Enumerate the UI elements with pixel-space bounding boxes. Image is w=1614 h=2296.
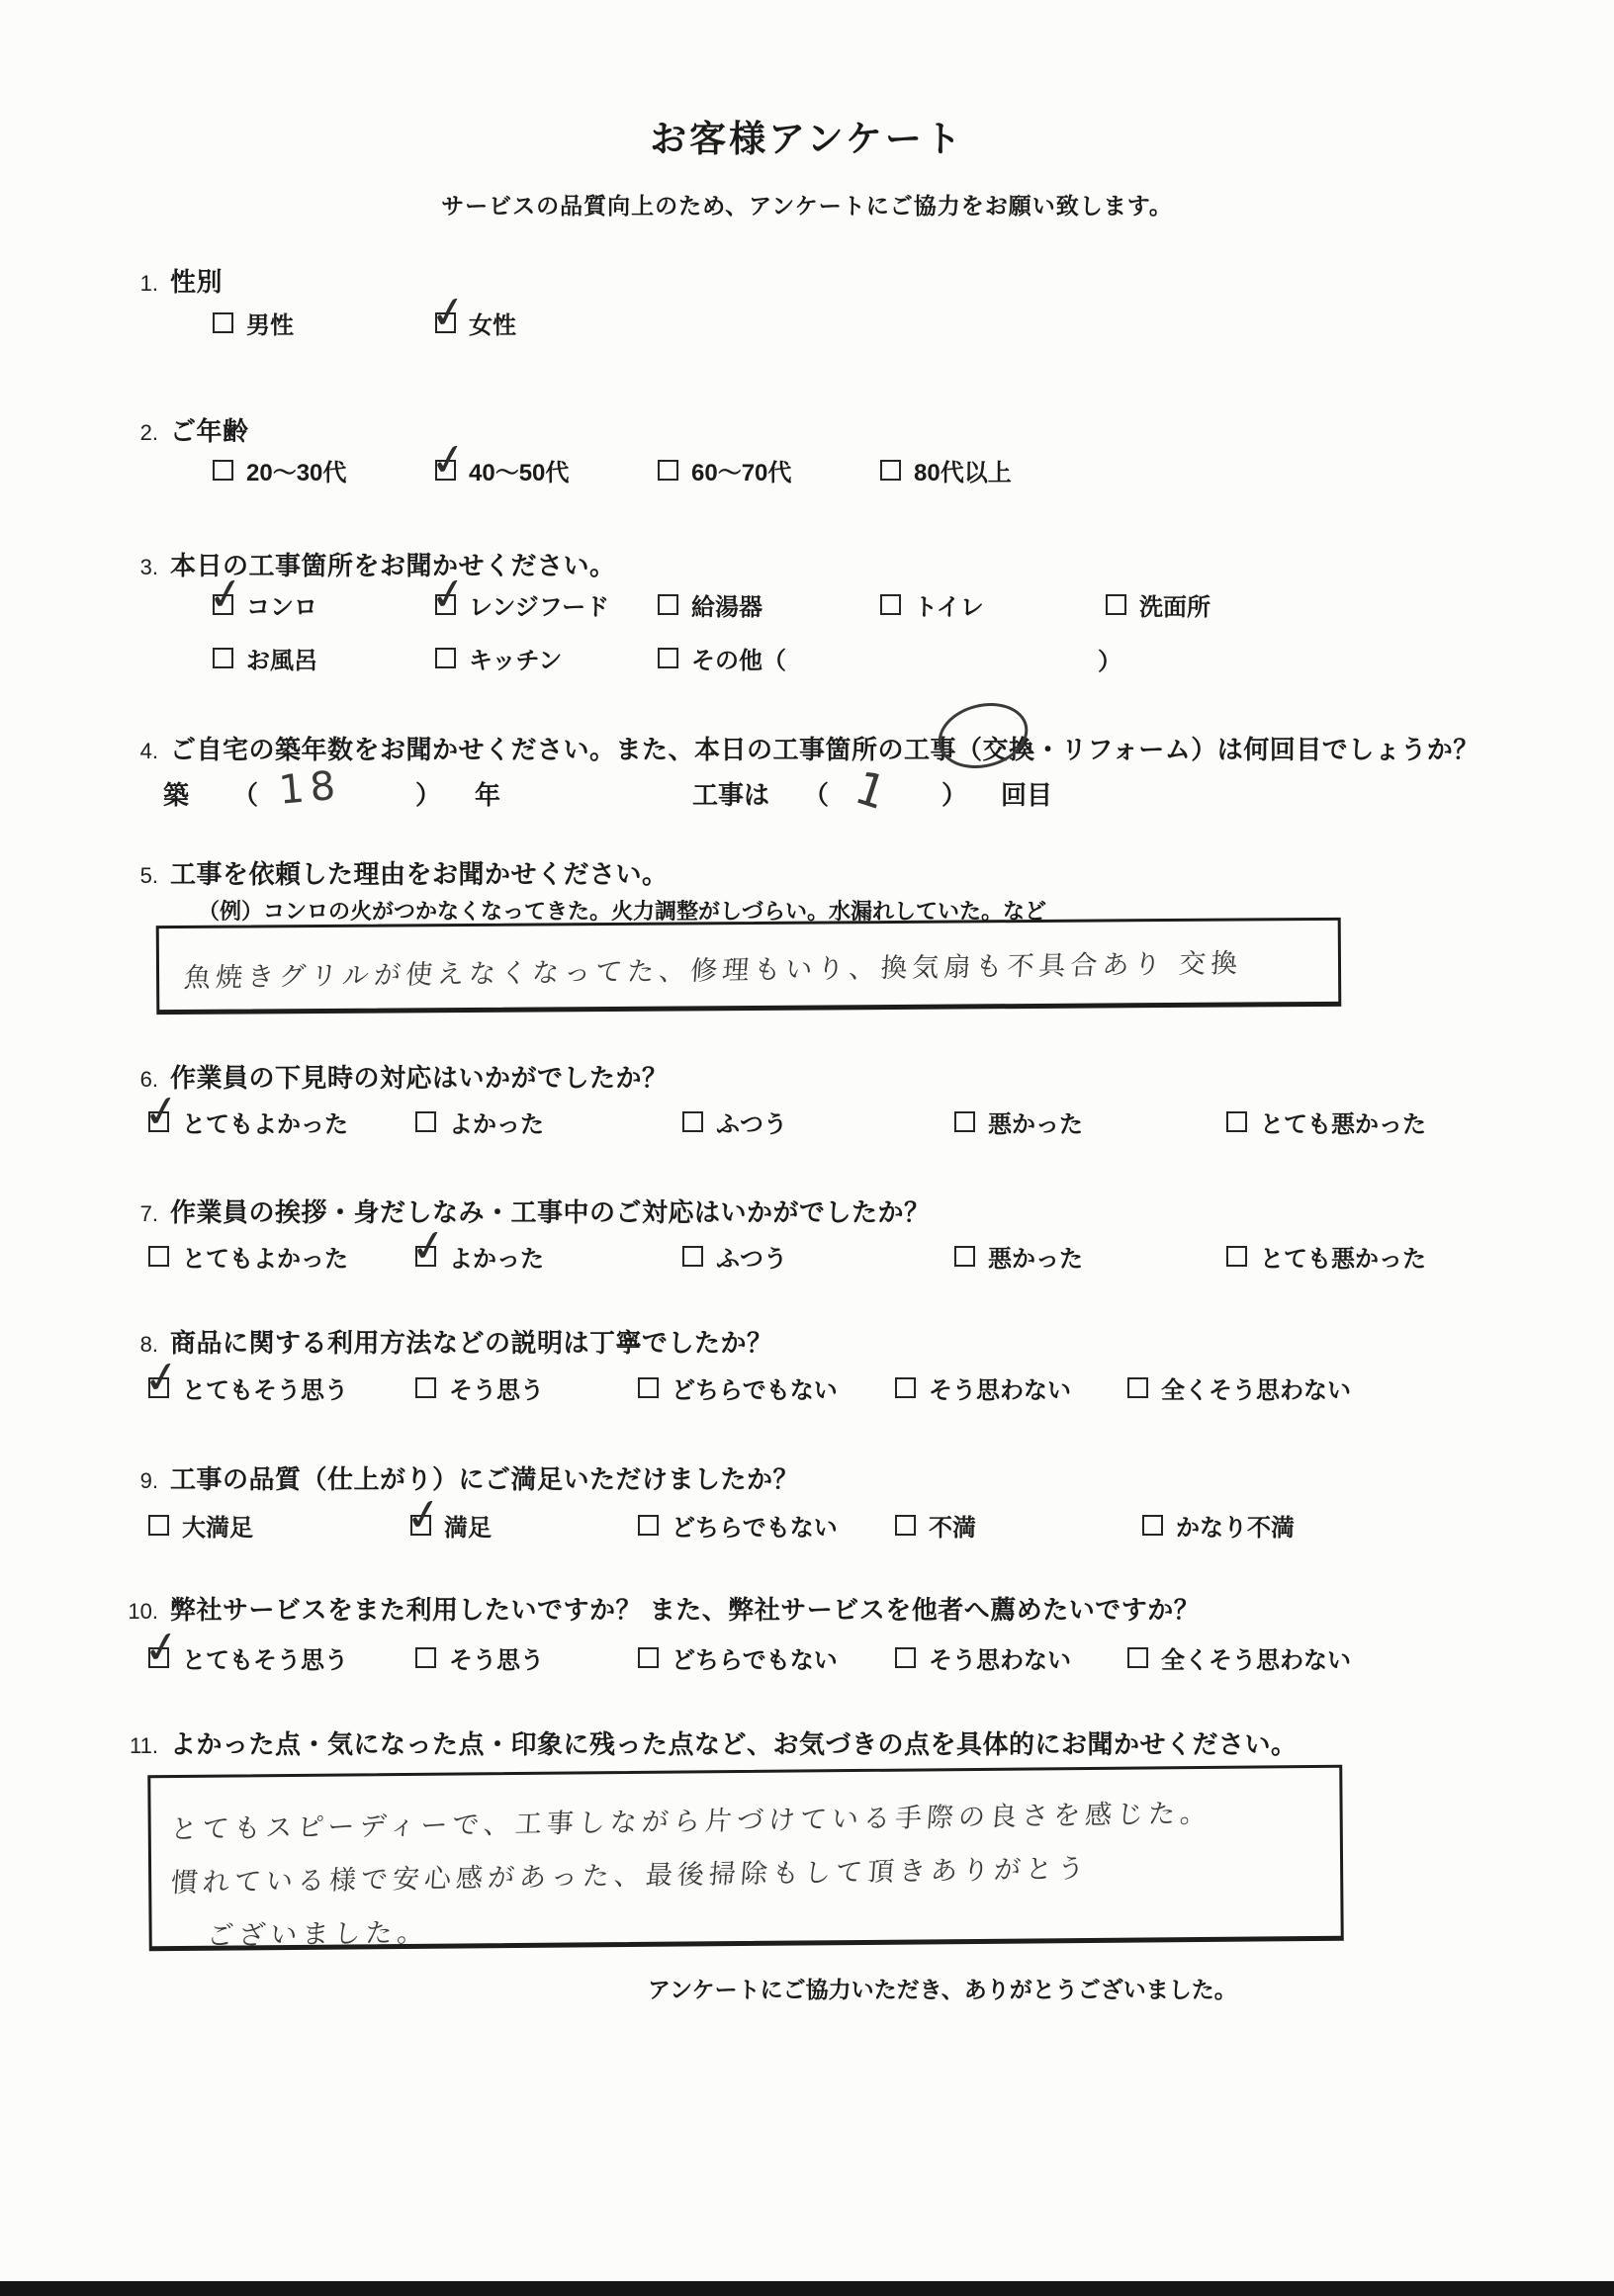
checkbox-label: 全くそう思わない (1161, 1370, 1351, 1405)
checkbox[interactable] (148, 1246, 169, 1267)
checkbox[interactable] (148, 1111, 169, 1132)
checkbox-label: どちらでもない (672, 1370, 838, 1405)
checkbox-label: とてもよかった (182, 1104, 348, 1139)
question-label: よかった点・気になった点・印象に残った点など、お気づきの点を具体的にお聞かせくだ… (170, 1724, 1298, 1761)
option-normal[interactable]: ふつう (682, 1236, 787, 1276)
checkbox-label: 80代以上 (914, 453, 1012, 487)
q6-options-row: とてもよかった よかった ふつう 悪かった とても悪かった (0, 1102, 1614, 1145)
q8-options-row: とてもそう思う そう思う どちらでもない そう思わない 全くそう思わない (0, 1368, 1614, 1411)
checkbox-label: 給湯器 (691, 587, 762, 622)
checkbox[interactable] (895, 1515, 916, 1536)
checkbox[interactable] (435, 648, 456, 668)
checkbox-label: そう思わない (929, 1640, 1071, 1675)
question-number: 9. (117, 1468, 158, 1494)
checkbox-label: 40～50代 (469, 453, 569, 487)
checkbox-label: とてもそう思う (182, 1640, 348, 1675)
checkbox[interactable] (682, 1246, 703, 1267)
option-very-dissatisfied[interactable]: かなり不満 (1142, 1505, 1295, 1545)
checkbox[interactable] (1142, 1515, 1163, 1536)
checkbox-label: とてもよかった (182, 1239, 348, 1274)
scan-edge-artifact (0, 2281, 1614, 2296)
q7-header: 7. 作業員の挨拶・身だしなみ・工事中のご対応はいかがでしたか？ (117, 1192, 931, 1229)
checkbox-label: お風呂 (246, 641, 317, 675)
option-very-good[interactable]: とてもよかった (148, 1102, 348, 1141)
option-20-30s[interactable]: 20～30代 (213, 450, 346, 489)
question-label: 作業員の挨拶・身だしなみ・工事中のご対応はいかがでしたか？ (170, 1192, 931, 1229)
checkbox[interactable] (435, 312, 456, 333)
checkbox[interactable] (1226, 1246, 1247, 1267)
checkbox-label: そう思わない (929, 1370, 1071, 1405)
checkbox[interactable] (213, 460, 233, 481)
q8-header: 8. 商品に関する利用方法などの説明は丁寧でしたか？ (117, 1323, 773, 1360)
q2-header: 2. ご年齢 (117, 411, 249, 448)
option-very-good[interactable]: とてもよかった (148, 1236, 348, 1276)
question-number: 1. (117, 271, 158, 297)
checkbox[interactable] (895, 1647, 916, 1668)
question-number: 10. (117, 1599, 158, 1625)
checkbox[interactable] (880, 594, 901, 615)
option-very-bad[interactable]: とても悪かった (1226, 1236, 1426, 1276)
option-strongly-disagree[interactable]: 全くそう思わない (1127, 1637, 1351, 1677)
checkbox[interactable] (148, 1647, 169, 1668)
q2-options-row: 20～30代 40～50代 60～70代 80代以上 (0, 450, 1614, 493)
checkbox[interactable] (415, 1246, 436, 1267)
checkbox-label: レンジフード (469, 587, 609, 622)
q3-options-row-2: お風呂 キッチン その他（ ） (0, 638, 1614, 681)
question-number: 5. (117, 863, 158, 889)
checkbox[interactable] (954, 1246, 975, 1267)
option-stove[interactable]: コンロ (213, 584, 317, 624)
q11-answer-box[interactable]: とてもスピーディーで、工事しながら片づけている手際の良さを感じた。 慣れている様… (147, 1765, 1344, 1952)
question-label: ご年齢 (170, 411, 249, 448)
q5-header: 5. 工事を依頼した理由をお聞かせください。 (117, 854, 669, 891)
paren-open: （ (803, 775, 829, 812)
years-suffix: 年 (475, 775, 500, 812)
checkbox-label: 不満 (929, 1508, 976, 1543)
option-agree[interactable]: そう思う (415, 1637, 544, 1677)
checkbox[interactable] (435, 460, 456, 481)
checkbox-label: とてもそう思う (182, 1370, 348, 1405)
q4-header: 4. ご自宅の築年数をお聞かせください。また、本日の工事箇所の工事（交換・リフォ… (117, 730, 1479, 766)
checkbox-label: 男性 (246, 306, 294, 340)
checkbox-label: 20～30代 (246, 453, 346, 487)
checkbox[interactable] (213, 312, 233, 333)
option-range-hood[interactable]: レンジフード (435, 584, 609, 624)
q10-options-row: とてもそう思う そう思う どちらでもない そう思わない 全くそう思わない (0, 1637, 1614, 1681)
checkbox-label: 大満足 (182, 1508, 253, 1543)
q5-handwritten-answer: 魚焼きグリルが使えなくなってた、修理もいり、換気扇も不具合あり 交換 (156, 917, 1341, 1007)
option-80s-plus[interactable]: 80代以上 (880, 450, 1012, 489)
option-kitchen[interactable]: キッチン (435, 638, 562, 677)
checkbox-label: とても悪かった (1260, 1239, 1426, 1274)
checkbox-label: そう思う (449, 1370, 544, 1405)
q10-header: 10. 弊社サービスをまた利用したいですか？ また、弊社サービスを他者へ薦めたい… (117, 1590, 1200, 1627)
checkbox-label: ふつう (716, 1239, 787, 1274)
option-other[interactable]: その他（ (658, 638, 786, 677)
checkbox[interactable] (638, 1377, 659, 1398)
checkbox[interactable] (148, 1515, 169, 1536)
question-label: 性別 (170, 262, 223, 299)
checkbox[interactable] (954, 1111, 975, 1132)
option-good[interactable]: よかった (415, 1236, 544, 1276)
checkbox[interactable] (682, 1111, 703, 1132)
q1-options-row: 男性 女性 (0, 303, 1614, 346)
option-disagree[interactable]: そう思わない (895, 1637, 1071, 1677)
question-number: 11. (117, 1733, 158, 1759)
question-number: 2. (117, 420, 158, 446)
option-female[interactable]: 女性 (435, 303, 516, 342)
checkbox[interactable] (880, 460, 901, 481)
checkbox-label: 洗面所 (1139, 587, 1210, 622)
checkbox-label: 女性 (469, 306, 516, 340)
checkbox[interactable] (1127, 1647, 1148, 1668)
option-neutral[interactable]: どちらでもない (638, 1505, 838, 1545)
q4-answer-row: 築 （ 18 ） 年 工事は （ 1 ） 回目 (0, 773, 1614, 817)
checkbox[interactable] (638, 1515, 659, 1536)
checkbox-label: どちらでもない (672, 1640, 838, 1675)
option-40-50s[interactable]: 40～50代 (435, 450, 569, 489)
checkbox-label: 60～70代 (691, 453, 791, 487)
option-agree[interactable]: そう思う (415, 1368, 544, 1407)
handwritten-years-value: 18 (277, 762, 343, 813)
question-number: 3. (117, 555, 158, 580)
option-satisfied[interactable]: 満足 (410, 1505, 492, 1545)
question-label: 作業員の下見時の対応はいかがでしたか？ (170, 1058, 669, 1095)
page-title: お客様アンケート (0, 109, 1614, 162)
checkbox[interactable] (213, 648, 233, 668)
checkbox-label: ふつう (716, 1104, 787, 1139)
checkbox[interactable] (1127, 1377, 1148, 1398)
option-normal[interactable]: ふつう (682, 1102, 787, 1141)
checkbox[interactable] (1106, 594, 1126, 615)
q11-header: 11. よかった点・気になった点・印象に残った点など、お気づきの点を具体的にお聞… (117, 1724, 1298, 1761)
option-strongly-agree[interactable]: とてもそう思う (148, 1368, 348, 1407)
q9-options-row: 大満足 満足 どちらでもない 不満 かなり不満 (0, 1505, 1614, 1548)
checkbox-label: かなり不満 (1176, 1508, 1295, 1543)
option-neutral[interactable]: どちらでもない (638, 1368, 838, 1407)
question-label: 弊社サービスをまた利用したいですか？ また、弊社サービスを他者へ薦めたいですか？ (170, 1590, 1200, 1627)
page-subtitle: サービスの品質向上のため、アンケートにご協力をお願い致します。 (0, 188, 1614, 221)
question-label: ご自宅の築年数をお聞かせください。また、本日の工事箇所の工事（交換・リフォーム）… (170, 730, 1479, 766)
question-label: 工事の品質（仕上がり）にご満足いただけましたか？ (170, 1459, 799, 1496)
option-strongly-disagree[interactable]: 全くそう思わない (1127, 1368, 1351, 1407)
option-bath[interactable]: お風呂 (213, 638, 317, 677)
paren-close: ） (941, 775, 967, 812)
option-bad[interactable]: 悪かった (954, 1102, 1083, 1141)
checkbox-label: どちらでもない (672, 1508, 838, 1543)
option-strongly-agree[interactable]: とてもそう思う (148, 1637, 348, 1677)
checkbox[interactable] (658, 594, 678, 615)
checkbox[interactable] (213, 594, 233, 615)
footer-thanks-text: アンケートにご協力いただき、ありがとうございました。 (648, 1972, 1237, 2004)
paren-close: ） (415, 775, 441, 812)
other-close-paren: ） (1098, 642, 1121, 676)
checkbox-label: そう思う (449, 1640, 544, 1675)
checkbox-label: 全くそう思わない (1161, 1640, 1351, 1675)
checkbox-label: トイレ (914, 587, 984, 622)
checkbox-label: よかった (449, 1104, 544, 1139)
checkbox-label: とても悪かった (1260, 1104, 1426, 1139)
q5-answer-box[interactable]: 魚焼きグリルが使えなくなってた、修理もいり、換気扇も不具合あり 交換 (156, 918, 1342, 1015)
q3-options-row-1: コンロ レンジフード 給湯器 トイレ 洗面所 (0, 584, 1614, 628)
count-prefix: 工事は (692, 775, 769, 812)
checkbox-label: コンロ (246, 587, 317, 622)
q1-header: 1. 性別 (117, 262, 223, 299)
option-disagree[interactable]: そう思わない (895, 1368, 1071, 1407)
checkbox-label: 満足 (444, 1508, 492, 1543)
handwritten-count-value: 1 (849, 760, 893, 820)
checkbox[interactable] (415, 1377, 436, 1398)
checkbox-label: キッチン (469, 641, 562, 675)
built-prefix: 築 (163, 775, 189, 812)
checkbox[interactable] (638, 1647, 659, 1668)
q7-options-row: とてもよかった よかった ふつう 悪かった とても悪かった (0, 1236, 1614, 1280)
checkbox[interactable] (415, 1647, 436, 1668)
checkbox[interactable] (658, 460, 678, 481)
checkbox[interactable] (895, 1377, 916, 1398)
survey-page: お客様アンケート サービスの品質向上のため、アンケートにご協力をお願い致します。… (0, 0, 1614, 2296)
option-dissatisfied[interactable]: 不満 (895, 1505, 976, 1545)
option-toilet[interactable]: トイレ (880, 584, 984, 624)
count-suffix: 回目 (1001, 775, 1052, 812)
checkbox-label: よかった (449, 1239, 544, 1274)
checkbox-label: 悪かった (988, 1239, 1083, 1274)
option-washroom[interactable]: 洗面所 (1106, 584, 1210, 624)
checkbox[interactable] (435, 594, 456, 615)
question-label: 工事を依頼した理由をお聞かせください。 (170, 854, 669, 891)
option-water-heater[interactable]: 給湯器 (658, 584, 762, 624)
option-good[interactable]: よかった (415, 1102, 544, 1141)
checkbox[interactable] (410, 1515, 431, 1536)
checkbox[interactable] (415, 1111, 436, 1132)
question-label: 商品に関する利用方法などの説明は丁寧でしたか？ (170, 1323, 773, 1360)
question-number: 7. (117, 1201, 158, 1227)
checkbox[interactable] (148, 1377, 169, 1398)
checkbox[interactable] (658, 648, 678, 668)
option-bad[interactable]: 悪かった (954, 1236, 1083, 1276)
option-neutral[interactable]: どちらでもない (638, 1637, 838, 1677)
checkbox-label: 悪かった (988, 1104, 1083, 1139)
checkbox-label: その他（ (691, 641, 786, 675)
option-very-bad[interactable]: とても悪かった (1226, 1102, 1426, 1141)
question-number: 4. (117, 739, 158, 764)
option-very-satisfied[interactable]: 大満足 (148, 1505, 253, 1545)
q3-header: 3. 本日の工事箇所をお聞かせください。 (117, 546, 616, 582)
checkbox[interactable] (1226, 1111, 1247, 1132)
option-male[interactable]: 男性 (213, 303, 294, 342)
q6-header: 6. 作業員の下見時の対応はいかがでしたか？ (117, 1058, 669, 1095)
option-60-70s[interactable]: 60～70代 (658, 450, 791, 489)
paren-open: （ (232, 775, 258, 812)
q9-header: 9. 工事の品質（仕上がり）にご満足いただけましたか？ (117, 1459, 799, 1496)
